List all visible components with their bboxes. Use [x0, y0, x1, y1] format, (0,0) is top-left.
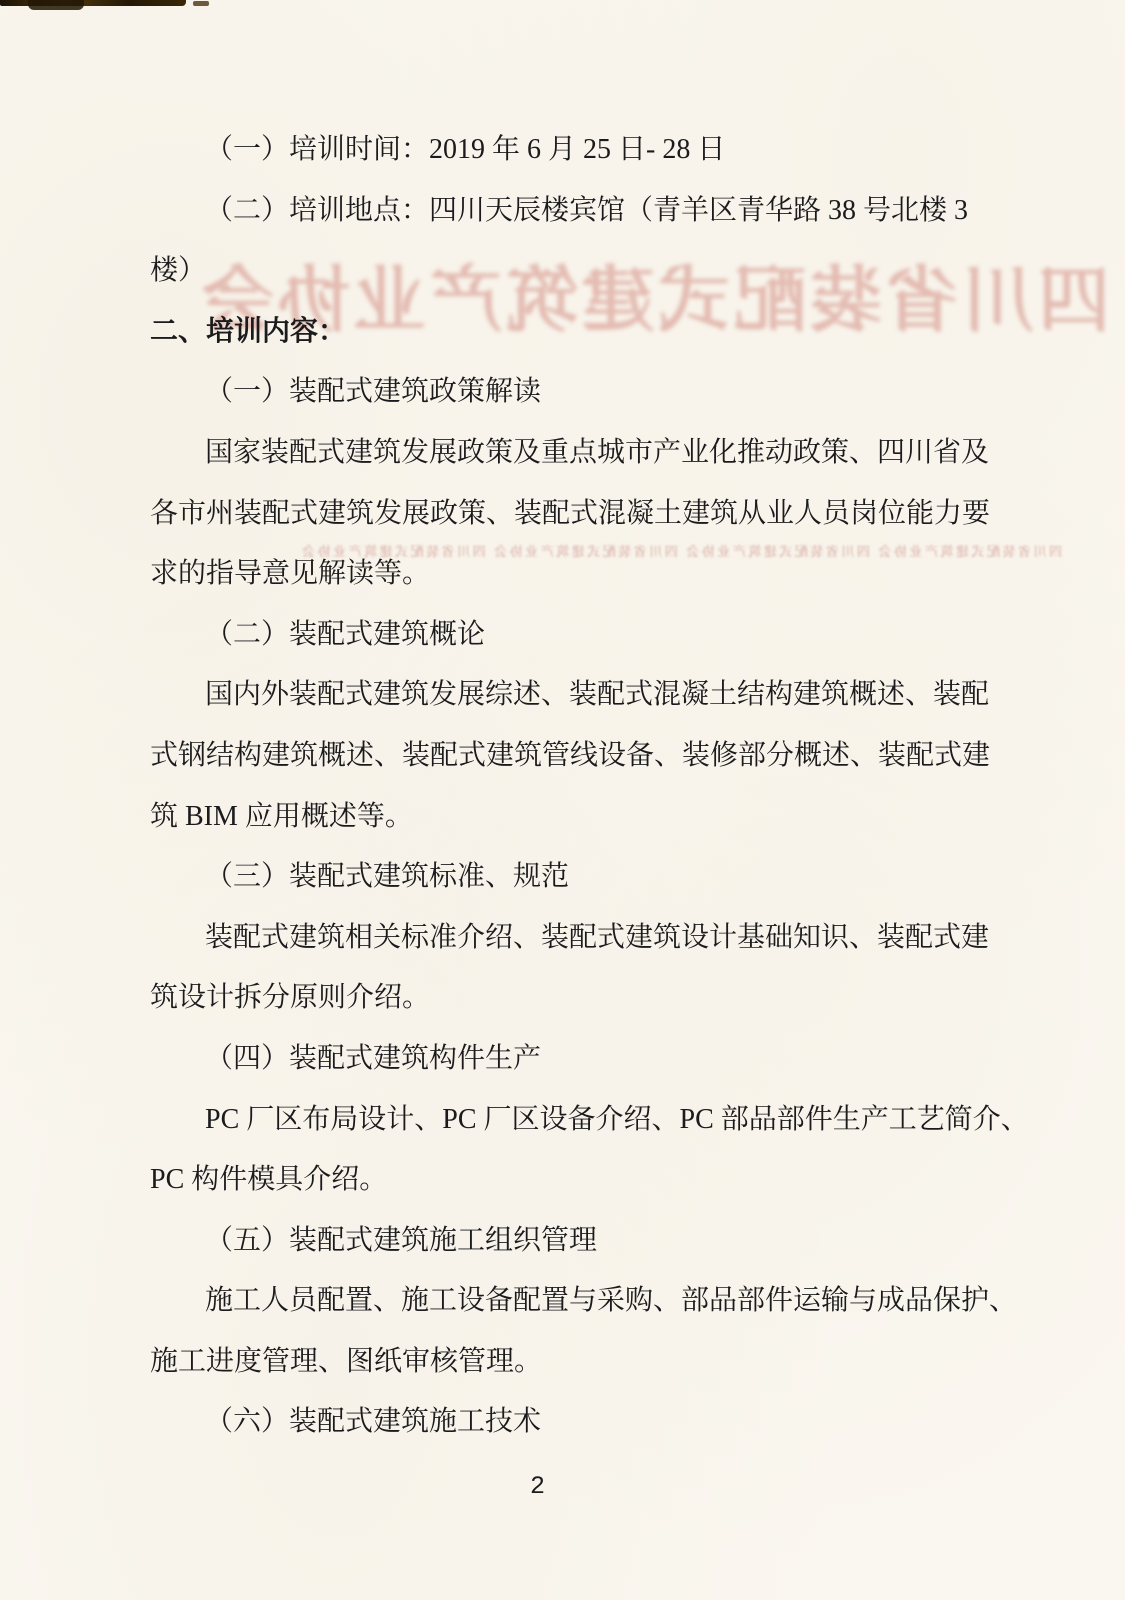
text-line: 筑 BIM 应用概述等。 [150, 787, 980, 848]
text-line: 楼） [150, 241, 980, 302]
text-line-training-time: （一）培训时间：2019 年 6 月 25 日- 28 日 [150, 120, 980, 181]
text-line: PC 构件模具介绍。 [150, 1150, 980, 1211]
text-line: 施工人员配置、施工设备配置与采购、部品部件运输与成品保护、 [150, 1271, 980, 1332]
text-line-training-location: （二）培训地点：四川天辰楼宾馆（青羊区青华路 38 号北楼 3 [150, 181, 980, 242]
subsection-heading-2: （二）装配式建筑概论 [150, 605, 980, 666]
text-line: 式钢结构建筑概述、装配式建筑管线设备、装修部分概述、装配式建 [150, 726, 980, 787]
document-body: （一）培训时间：2019 年 6 月 25 日- 28 日 （二）培训地点：四川… [150, 120, 980, 1453]
subsection-heading-6: （六）装配式建筑施工技术 [150, 1392, 980, 1453]
text-line: 求的指导意见解读等。 [150, 544, 980, 605]
subsection-heading-4: （四）装配式建筑构件生产 [150, 1029, 980, 1090]
subsection-heading-3: （三）装配式建筑标准、规范 [150, 847, 980, 908]
subsection-heading-5: （五）装配式建筑施工组织管理 [150, 1211, 980, 1272]
scanner-edge-artifact [28, 0, 84, 10]
text-line: 国家装配式建筑发展政策及重点城市产业化推动政策、四川省及 [150, 423, 980, 484]
text-line: 各市州装配式建筑发展政策、装配式混凝土建筑从业人员岗位能力要 [150, 484, 980, 545]
text-line: PC 厂区布局设计、PC 厂区设备介绍、PC 部品部件生产工艺简介、 [150, 1090, 980, 1151]
scanned-document-page: 四川省装配式建筑产业协会 四川省装配式建筑产业协会 四川省装配式建筑产业协会 四… [0, 0, 1125, 1600]
scanner-edge-artifact [193, 1, 209, 6]
text-line: 装配式建筑相关标准介绍、装配式建筑设计基础知识、装配式建 [150, 908, 980, 969]
subsection-heading-1: （一）装配式建筑政策解读 [150, 362, 980, 423]
page-number: 2 [530, 1472, 545, 1501]
text-line: 筑设计拆分原则介绍。 [150, 968, 980, 1029]
text-line: 国内外装配式建筑发展综述、装配式混凝土结构建筑概述、装配 [150, 665, 980, 726]
text-line: 施工进度管理、图纸审核管理。 [150, 1332, 980, 1393]
section-heading-training-content: 二、培训内容： [150, 302, 980, 363]
